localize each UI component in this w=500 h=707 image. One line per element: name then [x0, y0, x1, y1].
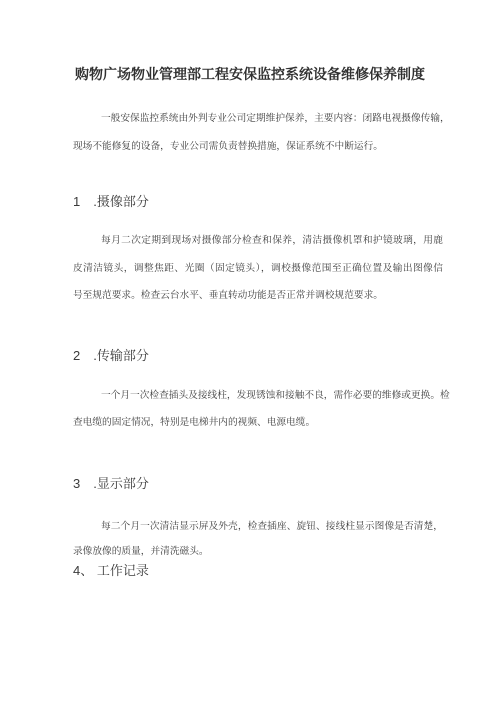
text-line: 一个月一次检查插头及接线柱，发现锈蚀和接触不良，需作必要的维修或更换。检 — [73, 382, 443, 410]
document-title: 购物广场物业管理部工程安保监控系统设备维修保养制度 — [0, 64, 500, 88]
section-heading-2-transmission: 2 .传输部分 — [73, 346, 443, 366]
section-1-paragraph: 每月二次定期到现场对摄像部分检查和保养，清洁摄像机罩和护镜玻璃，用鹿皮清洁镜头，… — [73, 227, 443, 310]
text-line: 现场不能修复的设备，专业公司需负责替换措施，保证系统不中断运行。 — [73, 133, 443, 161]
text-line: 查电缆的固定情况，特别是电梯井内的视频、电源电缆。 — [73, 409, 443, 437]
section-heading-1-camera: 1 .摄像部分 — [73, 192, 443, 212]
text-line: 皮清洁镜头，调整焦距、光圈（固定镜头），调校摄像范围至正确位置及输出图像信 — [73, 255, 443, 283]
section-3-paragraph: 每二个月一次清洁显示屏及外壳，检查插座、旋钮、接线柱显示图像是否清楚，录像放像的… — [73, 514, 443, 564]
section-heading-4-work-record: 4、 工作记录 — [73, 561, 443, 581]
text-line: 每月二次定期到现场对摄像部分检查和保养，清洁摄像机罩和护镜玻璃，用鹿 — [73, 227, 443, 255]
intro-paragraph: 一般安保监控系统由外判专业公司定期维护保养，主要内容：闭路电视摄像传输，现场不能… — [73, 105, 443, 160]
section-heading-3-display: 3 .显示部分 — [73, 474, 443, 494]
text-line: 一般安保监控系统由外判专业公司定期维护保养，主要内容：闭路电视摄像传输， — [73, 105, 443, 133]
document-page: 购物广场物业管理部工程安保监控系统设备维修保养制度 一般安保监控系统由外判专业公… — [0, 0, 500, 707]
section-2-paragraph: 一个月一次检查插头及接线柱，发现锈蚀和接触不良，需作必要的维修或更换。检查电缆的… — [73, 382, 443, 437]
text-line: 号至规范要求。检查云台水平、垂直转动功能是否正常并调校规范要求。 — [73, 282, 443, 310]
text-line: 每二个月一次清洁显示屏及外壳，检查插座、旋钮、接线柱显示图像是否清楚， — [73, 514, 443, 539]
